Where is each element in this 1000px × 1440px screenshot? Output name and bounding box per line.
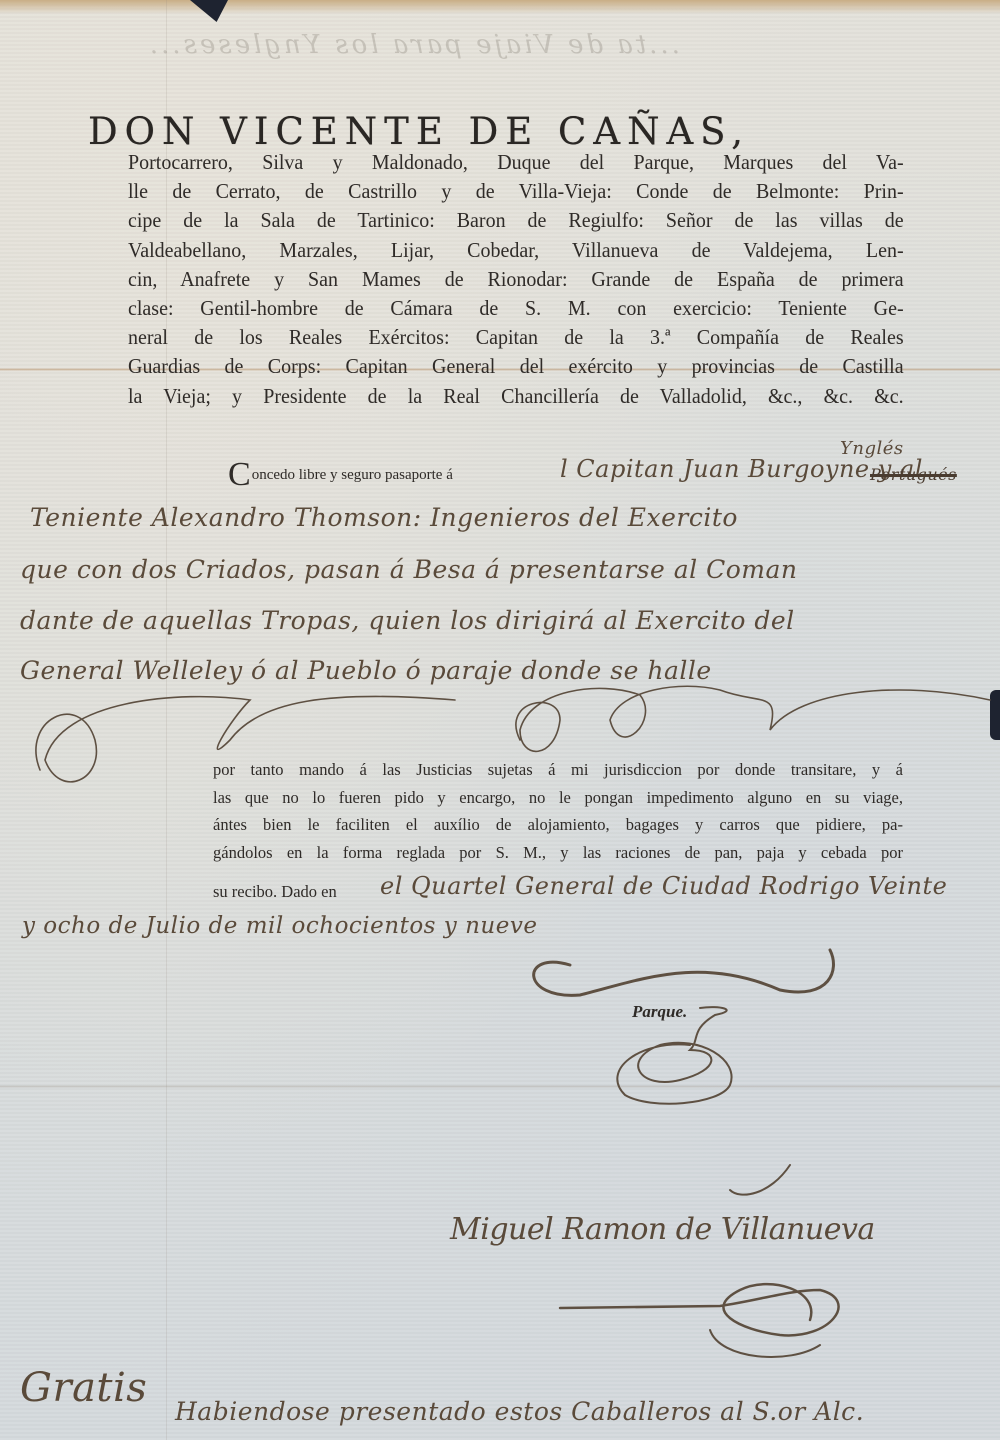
top-stain [0,0,1000,14]
footer-annotation: Habiendose presentado estos Caballeros a… [175,1397,864,1426]
flourish-loop [516,686,990,751]
dado-en-printed: su recibo. Dado en [213,882,337,902]
titles-paragraph: Portocarrero, Silva y Maldonado, Duque d… [128,148,904,411]
titles-line: Valdeabellano, Marzales, Lijar, Cobedar,… [128,236,904,265]
titles-line: Portocarrero, Silva y Maldonado, Duque d… [128,148,904,177]
document-paper: ...ta de Viaje para los Yngleses... DON … [0,0,1000,1440]
secretary-rubric [560,1284,839,1335]
body-line: por tanto mando á las Justicias sujetas … [213,756,903,784]
fold-line-lower [0,1085,1000,1088]
secretary-signature: Miguel Ramon de Villanueva [450,1212,875,1247]
signature-hook [730,1165,790,1195]
date-handwritten: y ocho de Julio de mil ochocientos y nue… [22,913,537,939]
edge-damage [990,690,1000,740]
handwritten-line: Teniente Alexandro Thomson: Ingenieros d… [30,503,738,532]
titles-line: cin, Anafrete y San Mames de Rionodar: G… [128,265,904,294]
document-title: DON VICENTE DE CAÑAS, [88,110,918,153]
drop-cap: C [228,456,251,493]
grant-intro: Concedo libre y seguro pasaporte á [228,456,453,494]
handwritten-line: dante de aquellas Tropas, quien los diri… [20,606,795,635]
handwritten-line: que con dos Criados, pasan á Besa á pres… [20,555,797,584]
titles-line: cipe de la Sala de Tartinico: Baron de R… [128,206,904,235]
secretary-rubric [710,1330,820,1357]
interlinear-correction: Ynglés [840,438,904,459]
titles-line: lle de Cerrato, de Castrillo y de Villa-… [128,177,904,206]
instructions-paragraph: por tanto mando á las Justicias sujetas … [213,756,903,866]
handwritten-line: l Capitan Juan Burgoyne y al [560,455,923,483]
body-line: gándolos en la forma reglada por S. M., … [213,839,903,867]
body-line: las que no lo fueren pido y encargo, no … [213,784,903,812]
bleed-through-text: ...ta de Viaje para los Yngleses... [60,30,680,110]
struck-word: Portugués [870,465,957,484]
dado-en-handwritten: el Quartel General de Ciudad Rodrigo Vei… [380,872,947,900]
grant-printed-text: oncedo libre y seguro pasaporte á [252,467,453,483]
gratis-note: Gratis [20,1365,147,1411]
handwritten-line: General Welleley ó al Pueblo ó paraje do… [20,656,712,685]
titles-line: Guardias de Corps: Capitan General del e… [128,352,904,381]
body-line: ántes bien le faciliten el auxílio de al… [213,811,903,839]
titles-line: neral de los Reales Exércitos: Capitan d… [128,323,904,352]
titles-line: clase: Gentil-hombre de Cámara de S. M. … [128,294,904,323]
printed-signature-name: Parque. [632,1002,687,1022]
signature-flourish [534,950,834,995]
titles-line: la Vieja; y Presidente de la Real Chanci… [128,382,904,411]
